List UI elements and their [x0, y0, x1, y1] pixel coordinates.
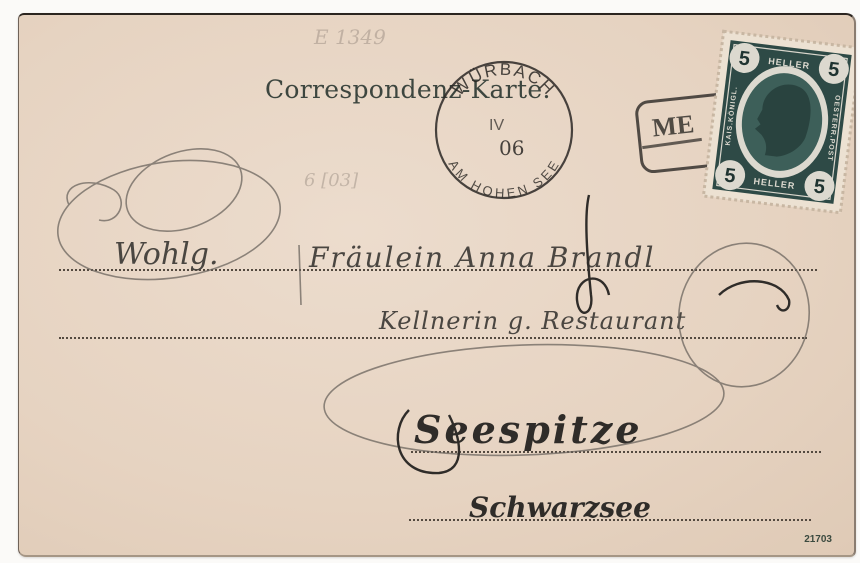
postage-stamp: 5 5 5 5 HELLER HELLER KAIS.KÖNIGL. OESTE…: [701, 29, 856, 215]
address-place: Seespitze: [414, 407, 643, 452]
postcard: E 1349 6 [03] Correspondenz-Karte. Wohlg…: [18, 13, 856, 557]
svg-text:AM HOHEN SEE: AM HOHEN SEE: [446, 157, 563, 201]
address-occupation: Kellnerin g. Restaurant: [379, 307, 686, 335]
postmark-town: WÜRBACH: [449, 60, 559, 100]
address-recipient: Fräulein Anna Brandl: [309, 241, 655, 274]
pencil-note-top: E 1349: [314, 25, 386, 49]
svg-text:WÜRBACH: WÜRBACH: [449, 60, 559, 100]
pencil-note-middle: 6 [03]: [304, 170, 358, 191]
address-region: Schwarzsee: [469, 491, 651, 524]
round-postmark: WÜRBACH AM HOHEN SEE IV 06: [429, 55, 579, 205]
card-number: 21703: [804, 534, 832, 545]
postmark-month: IV: [489, 117, 504, 134]
postmark-district: AM HOHEN SEE: [446, 157, 563, 201]
postmark-year: 06: [499, 136, 524, 160]
rect-postmark-text: ME: [651, 109, 696, 142]
address-line-2: [59, 337, 807, 339]
address-salutation: Wohlg.: [114, 237, 219, 272]
